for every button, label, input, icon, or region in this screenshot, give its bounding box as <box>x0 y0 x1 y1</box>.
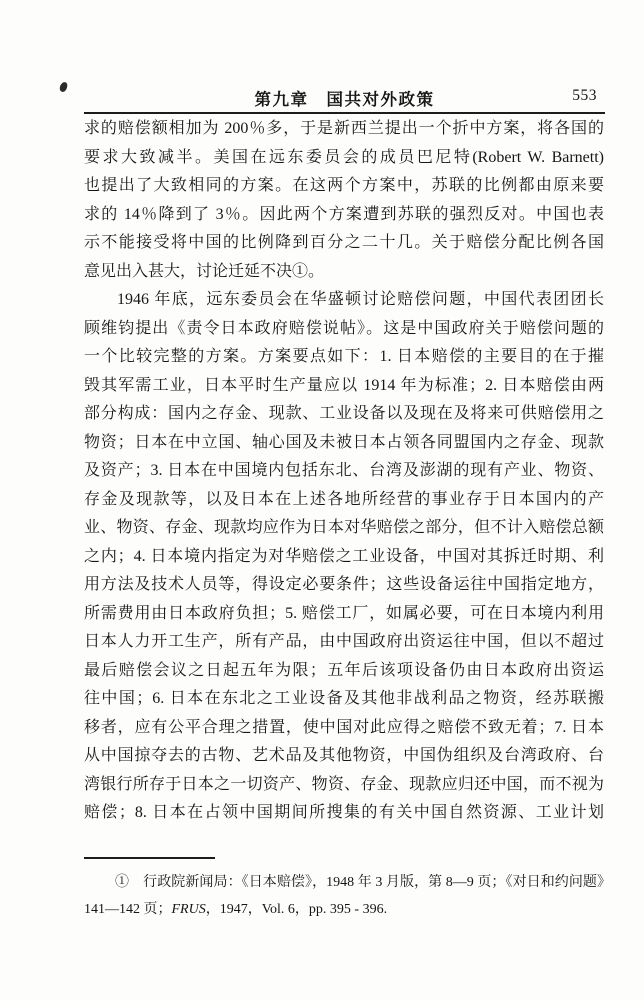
body-text-line: 求的 14％降到了 3％。因此两个方案遭到苏联的强烈反对。中国也表 <box>84 201 604 230</box>
body-text-line: 存金及现款等，以及日本在上述各地所经营的事业存于日本国内的产 <box>84 486 604 515</box>
page-number: 553 <box>572 87 597 105</box>
body-text-line: 也提出了大致相同的方案。在这两个方案中，苏联的比例都由原来要 <box>84 172 604 201</box>
scan-artifact-speck <box>59 81 68 92</box>
body-text-line: 业、物资、存金、现款均应作为日本对华赔偿之部分，但不计入赔偿总额 <box>84 514 604 543</box>
footnote-line: 141—142 页；FRUS，1947，Vol. 6，pp. 395 - 396… <box>84 896 604 923</box>
chapter-title: 第九章 国共对外政策 <box>84 86 605 110</box>
body-text-line: 往中国；6. 日本在东北之工业设备及其他非战利品之物资，经苏联搬 <box>84 685 604 714</box>
running-header: 第九章 国共对外政策 553 <box>84 86 605 110</box>
body-text-line: 示不能接受将中国的比例降到百分之二十几。关于赔偿分配比例各国 <box>84 229 604 258</box>
body-text-line: 要求大致减半。美国在远东委员会的成员巴尼特(Robert W. Barnett) <box>84 144 604 173</box>
footnote-separator-rule <box>84 857 215 859</box>
body-text-line: 湾银行所存于日本之一切资产、物资、存金、现款应归还中国，而不视为 <box>84 771 604 800</box>
body-text-line: 意见出入甚大，讨论迁延不决①。 <box>84 258 604 287</box>
body-text-line: 毁其军需工业，日本平时生产量应以 1914 年为标准；2. 日本赔偿由两 <box>84 372 604 401</box>
body-text-line: 及资产；3. 日本在中国境内包括东北、台湾及澎湖的现有产业、物资、 <box>84 457 604 486</box>
body-text-line: 所需费用由日本政府负担；5. 赔偿工厂，如属必要，可在日本境内利用 <box>84 600 604 629</box>
body-text-line: 最后赔偿会议之日起五年为限；五年后该项设备仍由日本政府出资运 <box>84 657 604 686</box>
body-text-line: 移者，应有公平合理之措置，使中国对此应得之赔偿不致无着；7. 日本 <box>84 714 604 743</box>
body-text-line: 求的赔偿额相加为 200％多，于是新西兰提出一个折中方案，将各国的 <box>84 115 604 144</box>
body-text-line: 1946 年底，远东委员会在华盛顿讨论赔偿问题，中国代表团团长 <box>84 286 604 315</box>
book-page: 第九章 国共对外政策 553 求的赔偿额相加为 200％多，于是新西兰提出一个折… <box>0 0 644 1000</box>
body-text-line: 用方法及技术人员等，得设定必要条件；这些设备运往中国指定地方， <box>84 571 604 600</box>
header-rule <box>84 112 605 114</box>
footnote-line: ① 行政院新闻局：《日本赔偿》，1948 年 3 月版，第 8—9 页；《对日和… <box>84 869 604 896</box>
body-text-line: 顾维钧提出《责令日本政府赔偿说帖》。这是中国政府关于赔偿问题的 <box>84 315 604 344</box>
body-text-line: 从中国掠夺去的古物、艺术品及其他物资，中国伪组织及台湾政府、台 <box>84 742 604 771</box>
body-text-line: 部分构成：国内之存金、现款、工业设备以及现在及将来可供赔偿用之 <box>84 400 604 429</box>
body-text-line: 赔偿；8. 日本在占领中国期间所搜集的有关中国自然资源、工业计划 <box>84 799 604 828</box>
body-text-line: 一个比较完整的方案。方案要点如下：1. 日本赔偿的主要目的在于摧 <box>84 343 604 372</box>
body-text-line: 日本人力开工生产，所有产品，由中国政府出资运往中国，但以不超过 <box>84 628 604 657</box>
footnote: ① 行政院新闻局：《日本赔偿》，1948 年 3 月版，第 8—9 页；《对日和… <box>84 869 604 923</box>
body-text-line: 物资；日本在中立国、轴心国及未被日本占领各同盟国内之存金、现款 <box>84 429 604 458</box>
body-text-line: 之内；4. 日本境内指定为对华赔偿之工业设备，中国对其拆迁时期、利 <box>84 543 604 572</box>
body-text: 求的赔偿额相加为 200％多，于是新西兰提出一个折中方案，将各国的要求大致减半。… <box>84 115 604 828</box>
